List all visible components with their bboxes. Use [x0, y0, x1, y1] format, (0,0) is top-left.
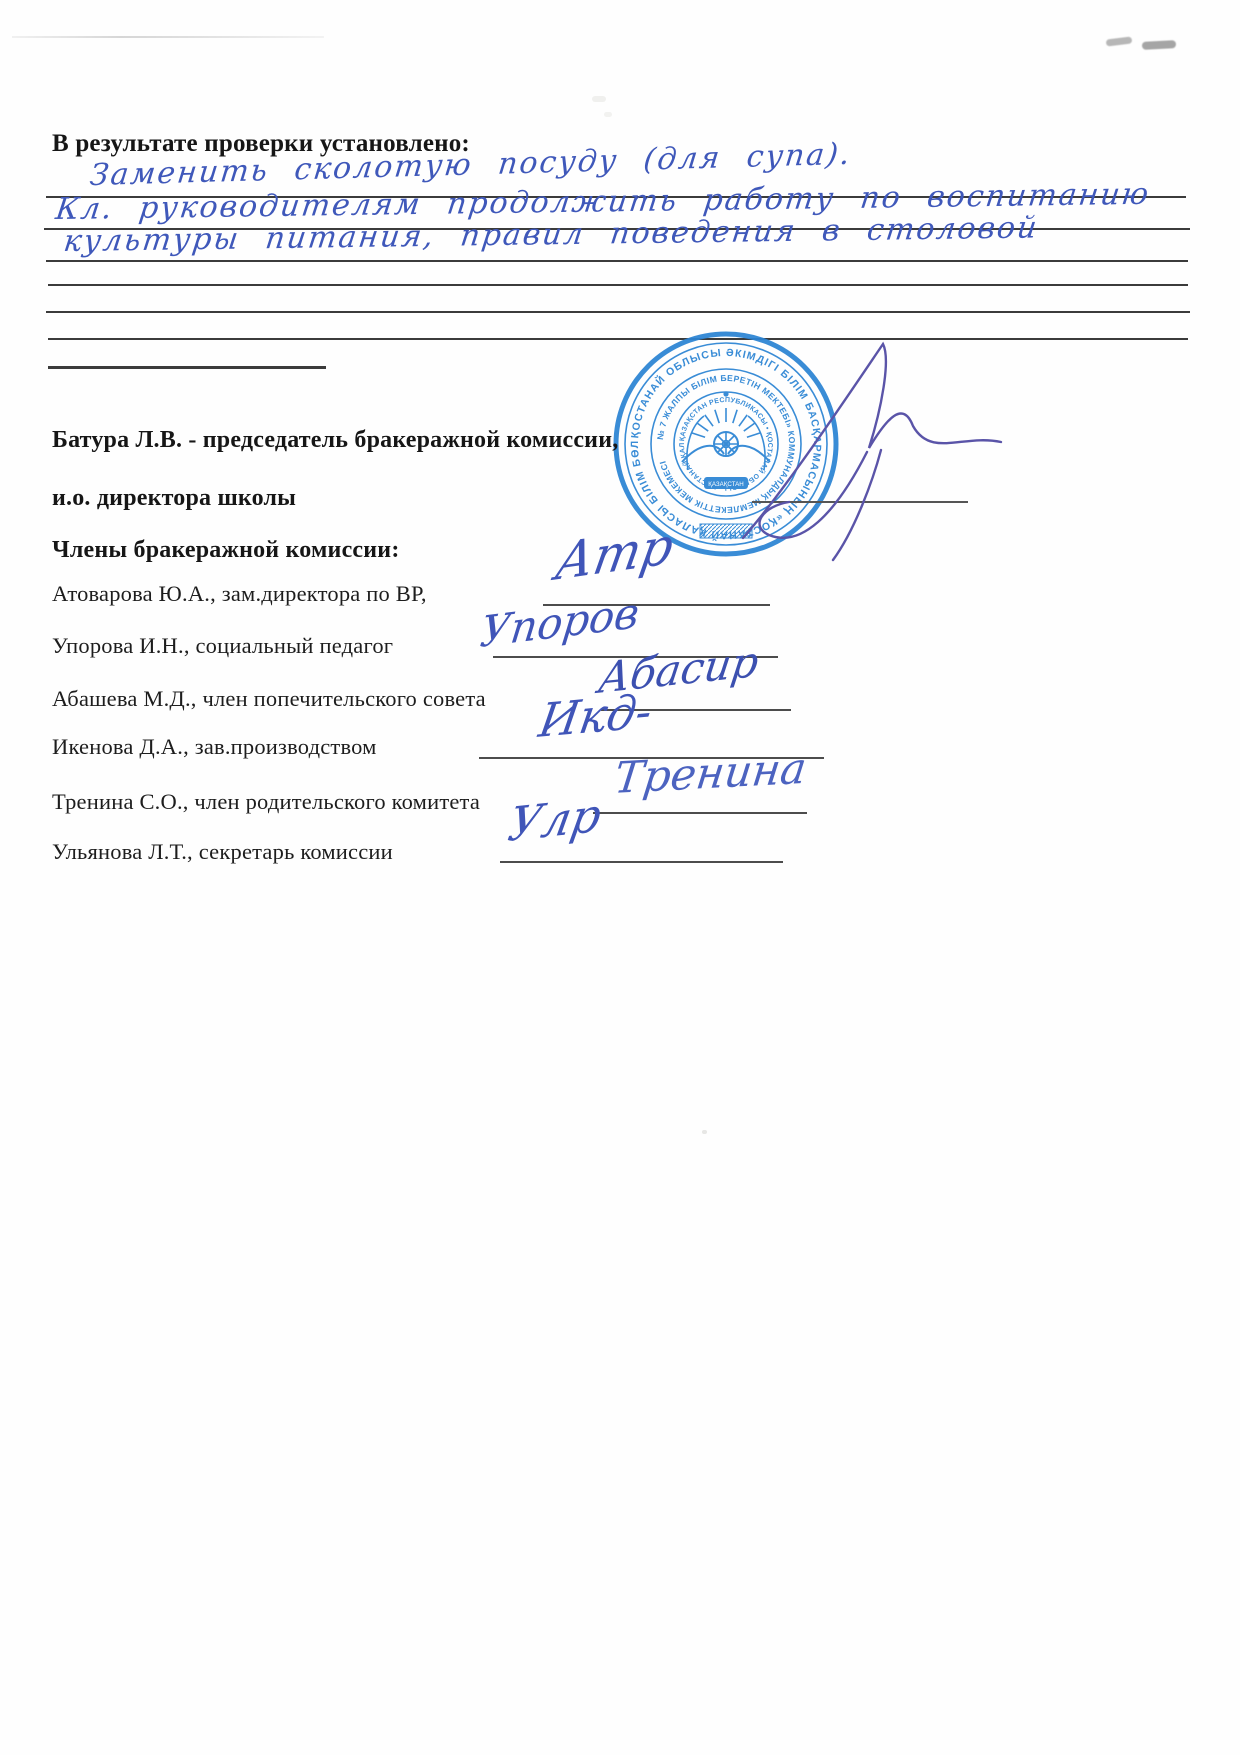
chairman-role-line: и.о. директора школы	[52, 485, 296, 512]
ruled-line	[46, 311, 1190, 313]
members-heading: Члены бракеражной комиссии:	[52, 537, 400, 564]
director-signature	[705, 330, 1025, 565]
scan-artifact-speck	[702, 1130, 707, 1134]
scan-artifact-speck	[604, 112, 612, 117]
signature-uporova: Упоров	[478, 592, 641, 654]
member-label-ulyanova: Ульянова Л.Т., секретарь комиссии	[52, 839, 393, 865]
signature-ikenova: Икд-	[536, 687, 655, 744]
ruled-line	[48, 284, 1188, 286]
signature-line	[500, 861, 783, 863]
member-label-abasheva: Абашева М.Д., член попечительского совет…	[52, 686, 486, 712]
member-label-ikenova: Икенова Д.А., зав.производством	[52, 734, 377, 760]
scan-artifact-smudge	[1106, 36, 1133, 46]
member-label-trenina: Тренина С.О., член родительского комитет…	[52, 789, 480, 815]
scan-artifact-speck	[592, 96, 606, 102]
chairman-name-line: Батура Л.В. - председатель бракеражной к…	[52, 427, 618, 454]
signature-atovarova: Атр	[552, 520, 677, 588]
member-label-uporova: Упорова И.Н., социальный педагог	[52, 633, 393, 659]
ruled-line-short	[48, 366, 326, 369]
member-label-atovarova: Атоварова Ю.А., зам.директора по ВР,	[52, 581, 427, 607]
scan-artifact-smudge	[1142, 40, 1176, 50]
scanned-document-page: В результате проверки установлено: Замен…	[0, 0, 1240, 1755]
ruled-line	[46, 260, 1188, 262]
signature-trenina: Тренина	[612, 748, 809, 801]
signature-ulyanova: Улр	[505, 791, 605, 848]
director-signature-scrawl	[705, 330, 1025, 565]
signature-line	[593, 812, 807, 814]
scan-artifact-line	[12, 36, 324, 38]
